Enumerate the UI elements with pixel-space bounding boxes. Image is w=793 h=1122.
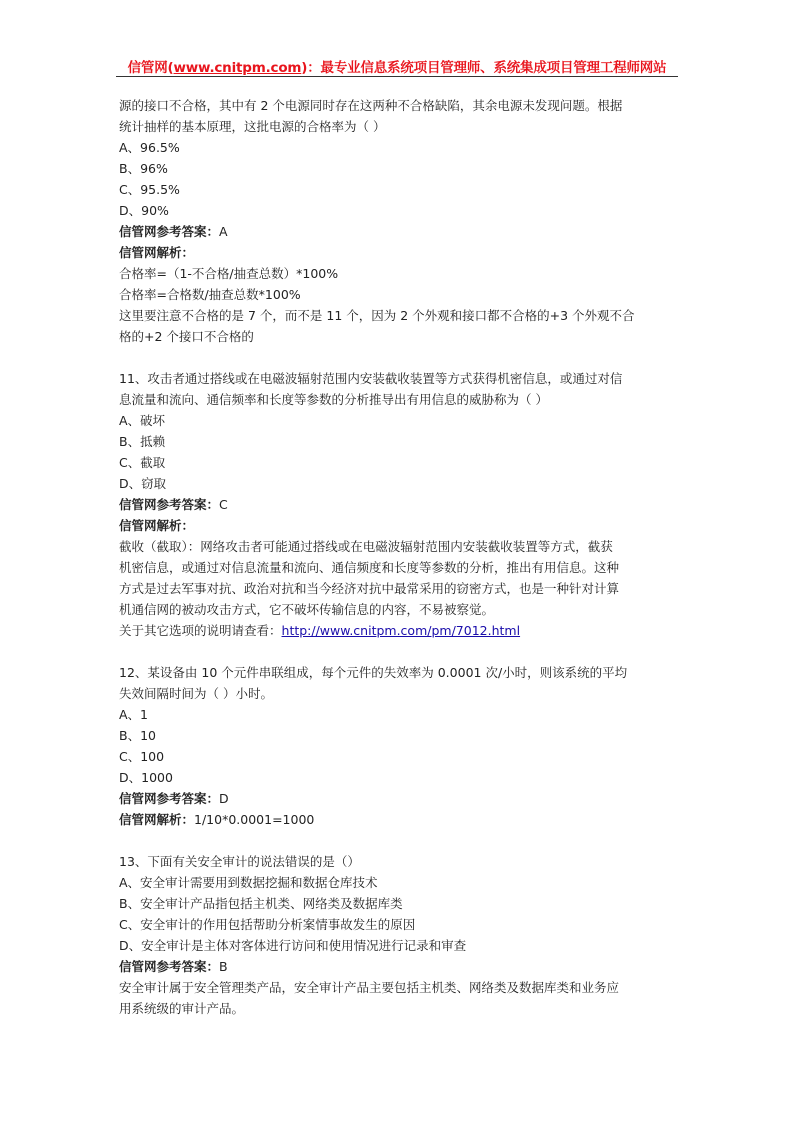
- analysis-label: 信管网解析：: [119, 812, 194, 827]
- analysis-label: 信管网解析：: [119, 242, 675, 263]
- option-d: D、窃取: [119, 473, 675, 494]
- option-d: D、安全审计是主体对客体进行访问和使用情况进行记录和审查: [119, 935, 675, 956]
- analysis-line: 合格率=合格数/抽查总数*100%: [119, 284, 675, 305]
- answer-label: 信管网参考答案：: [119, 497, 219, 512]
- question-12: 12、某设备由 10 个元件串联组成，每个元件的失效率为 0.0001 次/小时…: [119, 662, 675, 830]
- spacer: [119, 830, 675, 851]
- analysis-line: 信管网解析：1/10*0.0001=1000: [119, 809, 675, 830]
- option-c: C、95.5%: [119, 179, 675, 200]
- answer-label: 信管网参考答案：: [119, 791, 219, 806]
- header-site-link[interactable]: www.cnitpm.com: [174, 60, 302, 76]
- header-suffix: )：最专业信息系统项目管理师、系统集成项目管理工程师网站: [301, 60, 666, 76]
- option-d: D、1000: [119, 767, 675, 788]
- document-body: 源的接口不合格，其中有 2 个电源同时存在这两种不合格缺陷，其余电源未发现问题。…: [119, 95, 675, 1019]
- answer-label: 信管网参考答案：: [119, 224, 219, 239]
- analysis-line: 格的+2 个接口不合格的: [119, 326, 675, 347]
- answer-line: 信管网参考答案：B: [119, 956, 675, 977]
- analysis-line: 这里要注意不合格的是 7 个，而不是 11 个，因为 2 个外观和接口都不合格的…: [119, 305, 675, 326]
- analysis-line: 用系统级的审计产品。: [119, 998, 675, 1019]
- question-10: 源的接口不合格，其中有 2 个电源同时存在这两种不合格缺陷，其余电源未发现问题。…: [119, 95, 675, 347]
- answer-value: A: [219, 224, 228, 239]
- spacer: [119, 347, 675, 368]
- option-b: B、96%: [119, 158, 675, 179]
- option-d: D、90%: [119, 200, 675, 221]
- analysis-line: 机通信网的被动攻击方式，它不破坏传输信息的内容，不易被察觉。: [119, 599, 675, 620]
- question-13: 13、下面有关安全审计的说法错误的是（） A、安全审计需要用到数据挖掘和数据仓库…: [119, 851, 675, 1019]
- header-divider: [116, 76, 678, 77]
- question-stem: 11、攻击者通过搭线或在电磁波辐射范围内安装截收装置等方式获得机密信息，或通过对…: [119, 368, 675, 389]
- question-stem: 12、某设备由 10 个元件串联组成，每个元件的失效率为 0.0001 次/小时…: [119, 662, 675, 683]
- analysis-line: 方式是过去军事对抗、政治对抗和当今经济对抗中最常采用的窃密方式，也是一种针对计算: [119, 578, 675, 599]
- question-11: 11、攻击者通过搭线或在电磁波辐射范围内安装截收装置等方式获得机密信息，或通过对…: [119, 368, 675, 641]
- option-a: A、破坏: [119, 410, 675, 431]
- option-a: A、1: [119, 704, 675, 725]
- question-stem: 统计抽样的基本原理，这批电源的合格率为（ ）: [119, 116, 675, 137]
- question-stem: 失效间隔时间为（ ）小时。: [119, 683, 675, 704]
- option-c: C、截取: [119, 452, 675, 473]
- analysis-line: 机密信息，或通过对信息流量和流向、通信频度和长度等参数的分析，推出有用信息。这种: [119, 557, 675, 578]
- analysis-line: 安全审计属于安全管理类产品，安全审计产品主要包括主机类、网络类及数据库类和业务应: [119, 977, 675, 998]
- option-b: B、安全审计产品指包括主机类、网络类及数据库类: [119, 893, 675, 914]
- question-stem: 源的接口不合格，其中有 2 个电源同时存在这两种不合格缺陷，其余电源未发现问题。…: [119, 95, 675, 116]
- answer-line: 信管网参考答案：C: [119, 494, 675, 515]
- analysis-label: 信管网解析：: [119, 515, 675, 536]
- answer-line: 信管网参考答案：A: [119, 221, 675, 242]
- answer-value: D: [219, 791, 229, 806]
- page-header: 信管网(www.cnitpm.com)：最专业信息系统项目管理师、系统集成项目管…: [119, 56, 675, 76]
- analysis-line: 截收（截取）：网络攻击者可能通过搭线或在电磁波辐射范围内安装截收装置等方式，截获: [119, 536, 675, 557]
- header-prefix: 信管网(: [128, 60, 174, 76]
- analysis-line: 合格率=（1-不合格/抽查总数）*100%: [119, 263, 675, 284]
- option-a: A、安全审计需要用到数据挖掘和数据仓库技术: [119, 872, 675, 893]
- analysis-value: 1/10*0.0001=1000: [194, 812, 314, 827]
- question-stem: 息流量和流向、通信频率和长度等参数的分析推导出有用信息的威胁称为（ ）: [119, 389, 675, 410]
- option-b: B、抵赖: [119, 431, 675, 452]
- question-stem: 13、下面有关安全审计的说法错误的是（）: [119, 851, 675, 872]
- more-info-label: 关于其它选项的说明请查看：: [119, 623, 282, 638]
- answer-value: C: [219, 497, 228, 512]
- answer-line: 信管网参考答案：D: [119, 788, 675, 809]
- answer-label: 信管网参考答案：: [119, 959, 219, 974]
- option-a: A、96.5%: [119, 137, 675, 158]
- option-b: B、10: [119, 725, 675, 746]
- spacer: [119, 641, 675, 662]
- more-info-link[interactable]: http://www.cnitpm.com/pm/7012.html: [282, 623, 521, 638]
- more-info-line: 关于其它选项的说明请查看：http://www.cnitpm.com/pm/70…: [119, 620, 675, 641]
- option-c: C、100: [119, 746, 675, 767]
- answer-value: B: [219, 959, 228, 974]
- option-c: C、安全审计的作用包括帮助分析案情事故发生的原因: [119, 914, 675, 935]
